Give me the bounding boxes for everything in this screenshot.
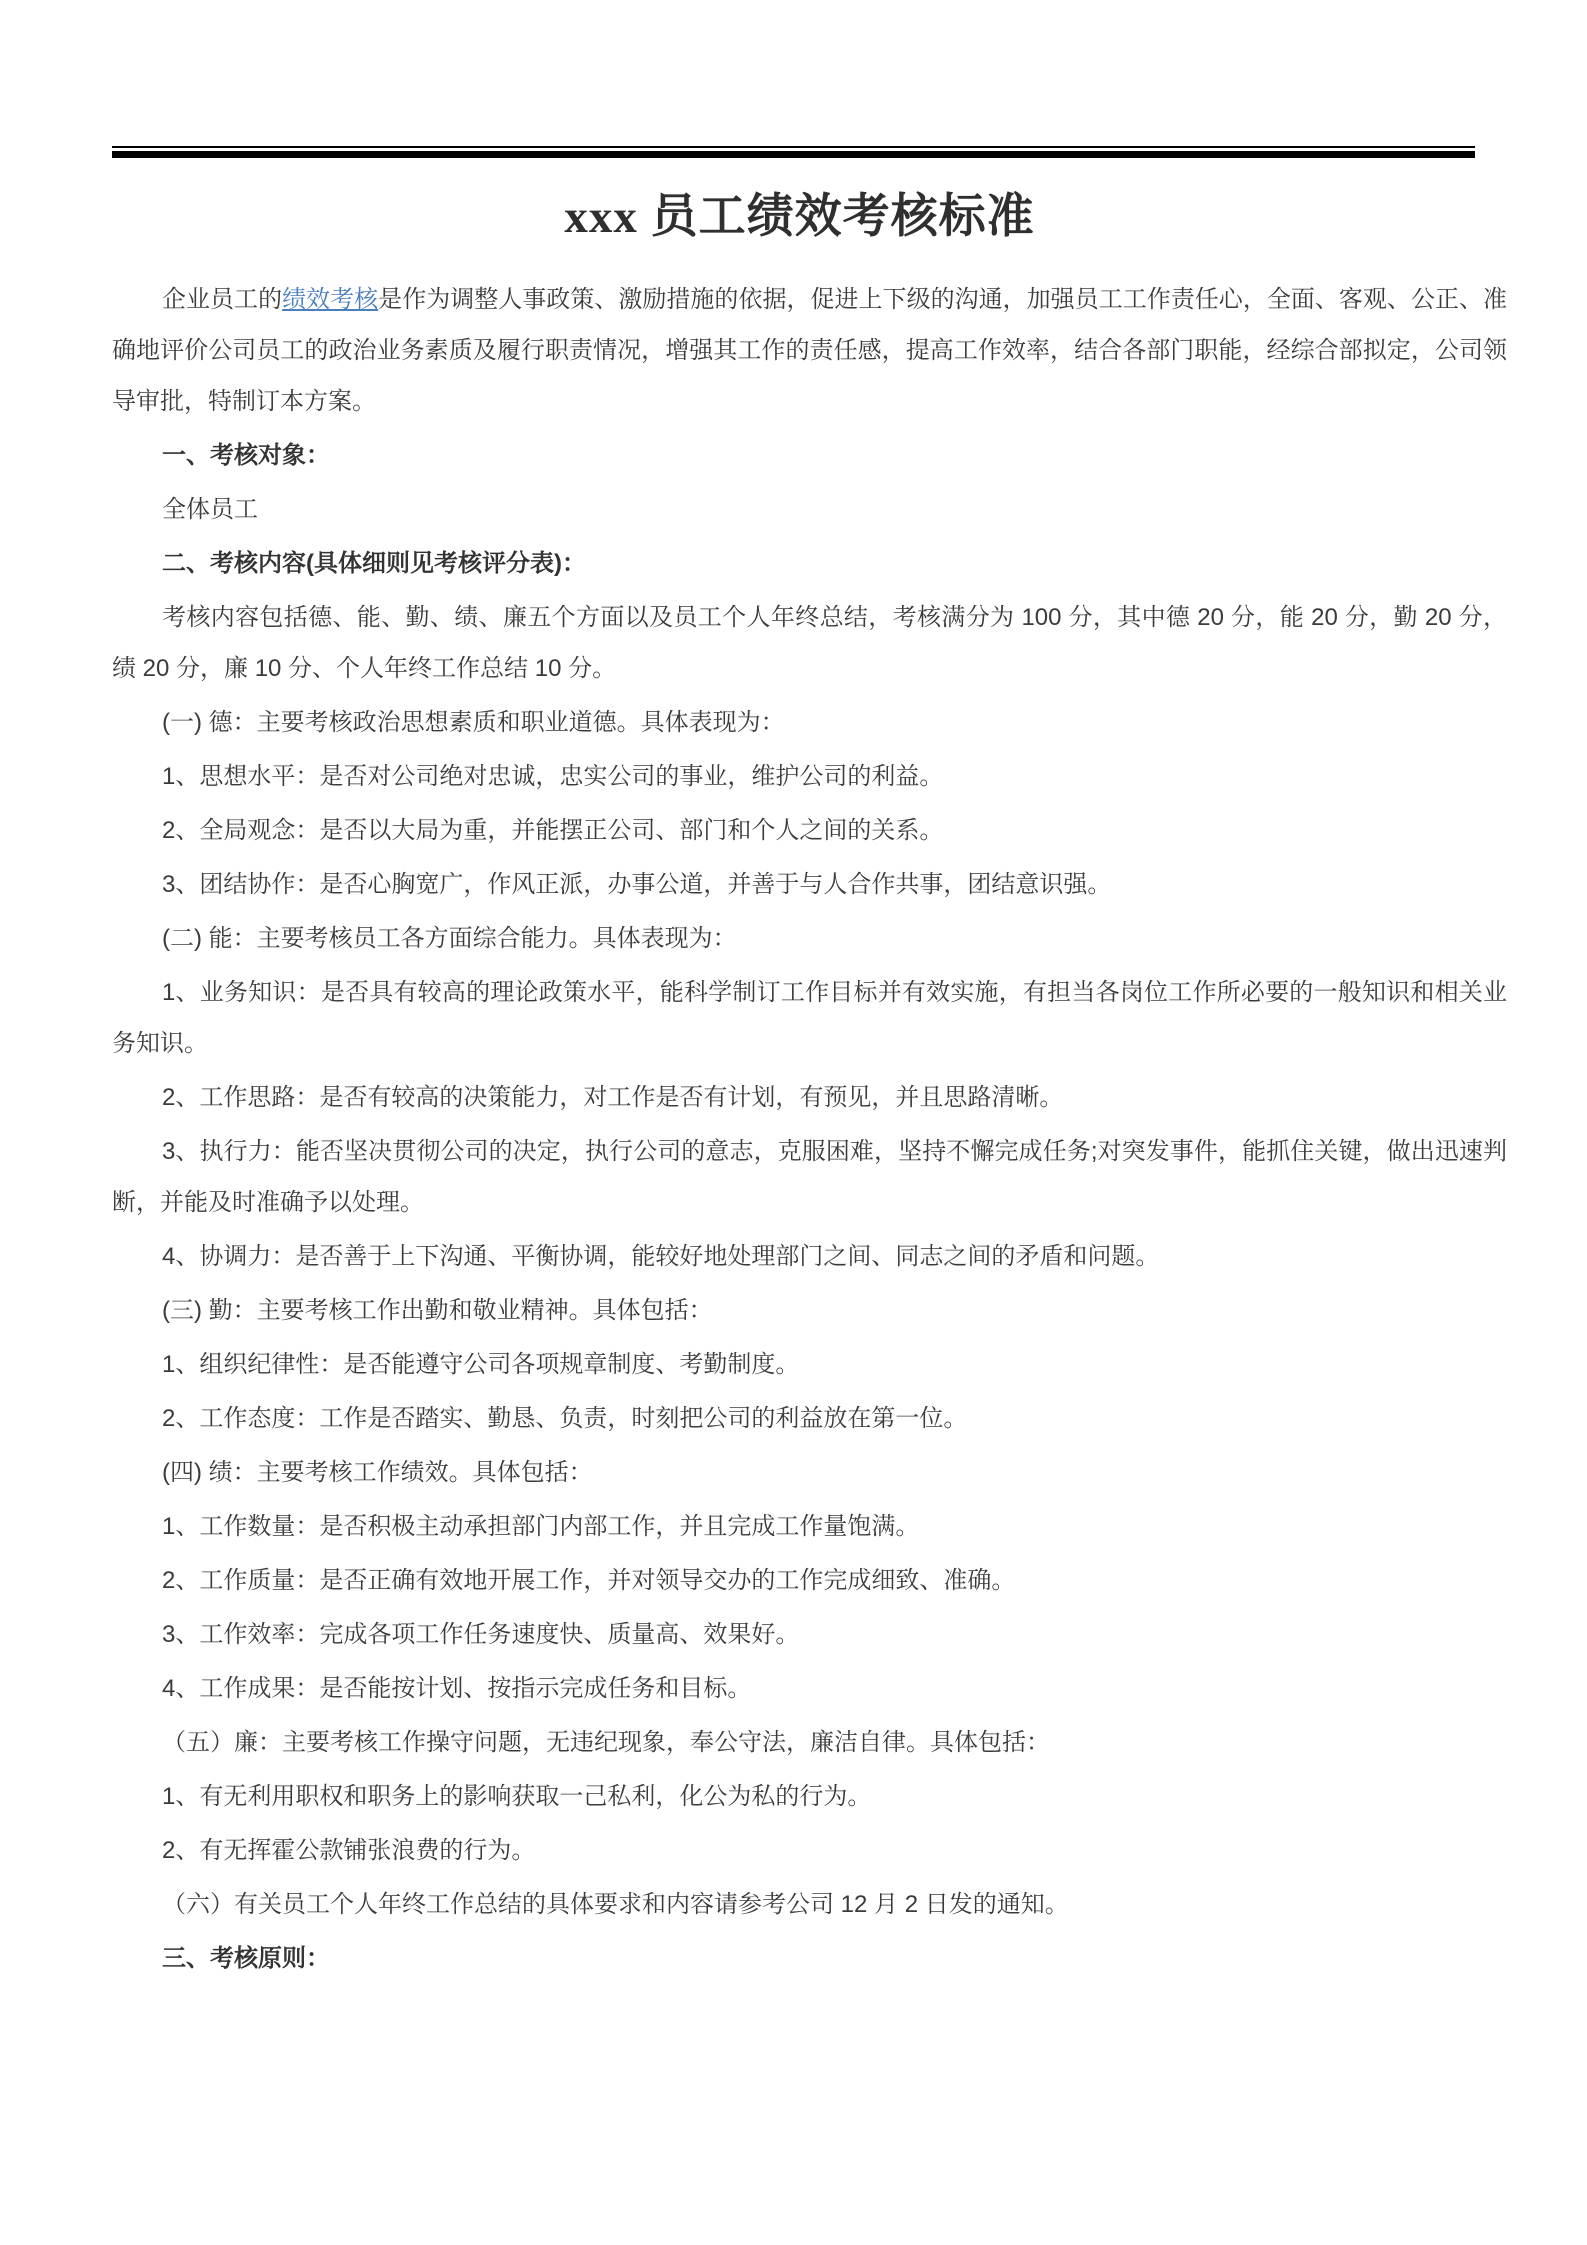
paragraph: (一) 德：主要考核政治思想素质和职业道德。具体表现为： (112, 697, 1507, 748)
paragraph: （五）廉：主要考核工作操守问题，无违纪现象，奉公守法，廉洁自律。具体包括： (112, 1717, 1507, 1768)
paragraph-text: 企业员工的 (162, 286, 282, 313)
paragraph: 全体员工 (112, 484, 1507, 535)
paragraph: 2、工作质量：是否正确有效地开展工作，并对领导交办的工作完成细致、准确。 (112, 1555, 1507, 1606)
section-heading: 二、考核内容(具体细则见考核评分表)： (112, 538, 1507, 589)
document-page: xxx 员工绩效考核标准 企业员工的绩效考核是作为调整人事政策、激励措施的依据，… (0, 0, 1587, 2245)
title-top-rule (112, 146, 1475, 158)
paragraph: 1、业务知识：是否具有较高的理论政策水平，能科学制订工作目标并有效实施，有担当各… (112, 967, 1507, 1069)
document-title: xxx 员工绩效考核标准 (112, 179, 1487, 246)
paragraph: 1、组织纪律性：是否能遵守公司各项规章制度、考勤制度。 (112, 1339, 1507, 1390)
paragraph: 1、有无利用职权和职务上的影响获取一己私利，化公为私的行为。 (112, 1771, 1507, 1822)
paragraph: 2、全局观念：是否以大局为重，并能摆正公司、部门和个人之间的关系。 (112, 805, 1507, 856)
section-heading: 三、考核原则： (112, 1933, 1507, 1984)
paragraph: 4、工作成果：是否能按计划、按指示完成任务和目标。 (112, 1663, 1507, 1714)
paragraph: 2、工作思路：是否有较高的决策能力，对工作是否有计划，有预见，并且思路清晰。 (112, 1072, 1507, 1123)
paragraph: 2、工作态度：工作是否踏实、勤恳、负责，时刻把公司的利益放在第一位。 (112, 1393, 1507, 1444)
paragraph: 1、思想水平：是否对公司绝对忠诚，忠实公司的事业，维护公司的利益。 (112, 751, 1507, 802)
paragraph: 4、协调力：是否善于上下沟通、平衡协调，能较好地处理部门之间、同志之间的矛盾和问… (112, 1231, 1507, 1282)
paragraph: 3、工作效率：完成各项工作任务速度快、质量高、效果好。 (112, 1609, 1507, 1660)
paragraph: 3、团结协作：是否心胸宽广，作风正派，办事公道，并善于与人合作共事，团结意识强。 (112, 859, 1507, 910)
paragraph: 2、有无挥霍公款铺张浪费的行为。 (112, 1825, 1507, 1876)
paragraph: (二) 能：主要考核员工各方面综合能力。具体表现为： (112, 913, 1507, 964)
performance-appraisal-link[interactable]: 绩效考核 (282, 286, 378, 313)
section-heading: 一、考核对象： (112, 430, 1507, 481)
paragraph: 考核内容包括德、能、勤、绩、廉五个方面以及员工个人年终总结，考核满分为 100 … (112, 592, 1507, 694)
paragraph: 1、工作数量：是否积极主动承担部门内部工作，并且完成工作量饱满。 (112, 1501, 1507, 1552)
paragraph: 企业员工的绩效考核是作为调整人事政策、激励措施的依据，促进上下级的沟通，加强员工… (112, 274, 1507, 427)
paragraph: (三) 勤：主要考核工作出勤和敬业精神。具体包括： (112, 1285, 1507, 1336)
document-body: 企业员工的绩效考核是作为调整人事政策、激励措施的依据，促进上下级的沟通，加强员工… (112, 274, 1507, 1984)
paragraph: 3、执行力：能否坚决贯彻公司的决定，执行公司的意志，克服困难，坚持不懈完成任务;… (112, 1126, 1507, 1228)
paragraph: (四) 绩：主要考核工作绩效。具体包括： (112, 1447, 1507, 1498)
paragraph: （六）有关员工个人年终工作总结的具体要求和内容请参考公司 12 月 2 日发的通… (112, 1879, 1507, 1930)
